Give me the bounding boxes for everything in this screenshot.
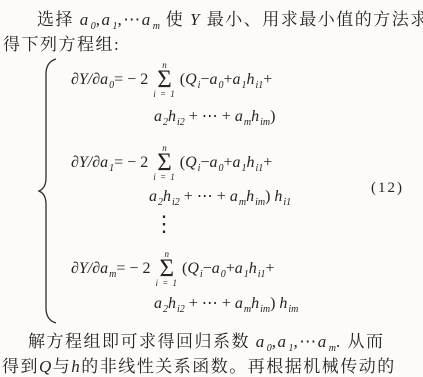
math-token: , — [96, 10, 102, 29]
math-token: + — [263, 154, 272, 172]
equation-1-line-1: ∂Y/∂a0 = − 2nΣi = 1( Qi − a0 + a1hi1 + — [71, 61, 272, 99]
math-token: a1 — [102, 10, 118, 29]
math-token: a1 — [233, 154, 247, 172]
math-token: a2 — [154, 108, 168, 125]
math-token: 选择 — [37, 10, 80, 29]
math-token: + — [223, 154, 232, 172]
math-token: a0 — [212, 260, 226, 278]
math-token: hi2 — [163, 188, 180, 205]
math-token: ∂Y/∂a1 — [71, 154, 114, 172]
math-token: Y — [190, 10, 201, 29]
math-token: 解方程组即可求得回归系数 — [28, 332, 256, 351]
math-token: hi1 — [274, 188, 291, 205]
equation-3-line-1: ∂Y/∂am = − 2nΣi = 1( Qi − a0 + a1hi1 + — [71, 250, 275, 288]
page: 选择 a0,a1,⋯am 使 Y 最小、用求最小值的方法求 得下列方程组: ∂Y… — [0, 0, 423, 377]
math-token: am — [142, 10, 160, 29]
intro-line-2: 得下列方程组: — [3, 30, 120, 55]
math-token: ∂Y/∂a0 — [71, 71, 114, 89]
math-token: hi2 — [168, 295, 185, 312]
outro-line-1: 解方程组即可求得回归系数 a0,a1,⋯am. 从而 — [28, 327, 384, 352]
math-token: + — [266, 260, 275, 278]
math-token: hi1 — [247, 154, 264, 172]
math-token: him — [251, 108, 270, 125]
equation-number: (12) — [371, 180, 404, 197]
math-token: ,⋯ — [118, 10, 142, 29]
math-token: am — [318, 332, 336, 351]
math-token: + — [263, 71, 272, 89]
math-token: Qi — [185, 71, 200, 89]
math-token: am — [230, 188, 246, 205]
math-token: am — [235, 295, 251, 312]
math-token: 得下列方程组: — [3, 35, 120, 54]
math-token: ,⋯ — [294, 332, 318, 351]
math-token: am — [235, 108, 251, 125]
math-token: + — [223, 71, 232, 89]
math-token: = − 2 — [114, 71, 148, 89]
math-token: him — [279, 295, 298, 312]
math-token: 与 — [53, 357, 72, 376]
math-token: + — [226, 260, 235, 278]
math-token: a2 — [149, 188, 163, 205]
math-token: a1 — [278, 332, 294, 351]
math-token: 得到 — [2, 357, 39, 376]
summation-symbol: nΣi = 1 — [155, 251, 178, 288]
math-token: a1 — [235, 260, 249, 278]
equation-2-line-1: ∂Y/∂a1 = − 2nΣi = 1( Qi − a0 + a1hi1 + — [71, 144, 272, 182]
math-token: − — [200, 71, 209, 89]
math-token: ∂Y/∂am — [71, 260, 116, 278]
math-token: hi2 — [168, 108, 185, 125]
equation-2-line-2: a2hi2 + ⋯ + amhim) hi1 — [149, 186, 291, 206]
math-token: Qi — [185, 154, 200, 172]
equation-3-line-2: a2hi2 + ⋯ + amhim) him — [154, 293, 298, 313]
math-token: hi1 — [247, 71, 264, 89]
math-token: 使 — [160, 10, 190, 29]
math-token: ) — [265, 188, 274, 205]
math-token: + ⋯ + — [180, 188, 230, 205]
math-token: hi1 — [249, 260, 266, 278]
intro-line-1: 选择 a0,a1,⋯am 使 Y 最小、用求最小值的方法求 — [37, 5, 423, 30]
math-token: a0 — [209, 71, 223, 89]
math-token: a0 — [80, 10, 96, 29]
math-token: 最小、用求最小值的方法求 — [201, 10, 423, 29]
math-token: him — [251, 295, 270, 312]
math-token: him — [246, 188, 265, 205]
summation-symbol: nΣi = 1 — [153, 145, 176, 182]
math-token: − — [203, 260, 212, 278]
math-token: − — [200, 154, 209, 172]
outro-line-2: 得到Q与h的非线性关系函数。再根据机械传动的 — [2, 352, 396, 377]
summation-symbol: nΣi = 1 — [153, 62, 176, 99]
math-token: = − 2 — [116, 260, 150, 278]
math-token: h — [71, 357, 81, 376]
math-token: a2 — [154, 295, 168, 312]
math-token: 从而 — [342, 332, 385, 351]
math-token: , — [272, 332, 278, 351]
math-token: ) — [270, 295, 279, 312]
math-token: ) — [270, 108, 275, 125]
math-token: a0 — [256, 332, 272, 351]
math-token: Q — [39, 357, 53, 376]
equation-1-line-2: a2hi2 + ⋯ + amhim) — [154, 106, 275, 126]
math-token: 的非线性关系函数。再根据机械传动的 — [81, 357, 396, 376]
math-token: a1 — [233, 71, 247, 89]
math-token: a0 — [209, 154, 223, 172]
math-token: + ⋯ + — [185, 108, 235, 125]
system-brace-left — [36, 57, 62, 325]
math-token: + ⋯ + — [185, 295, 235, 312]
math-token: = − 2 — [114, 154, 148, 172]
math-token: Qi — [187, 260, 202, 278]
vertical-ellipsis: ⋮ — [153, 213, 175, 235]
